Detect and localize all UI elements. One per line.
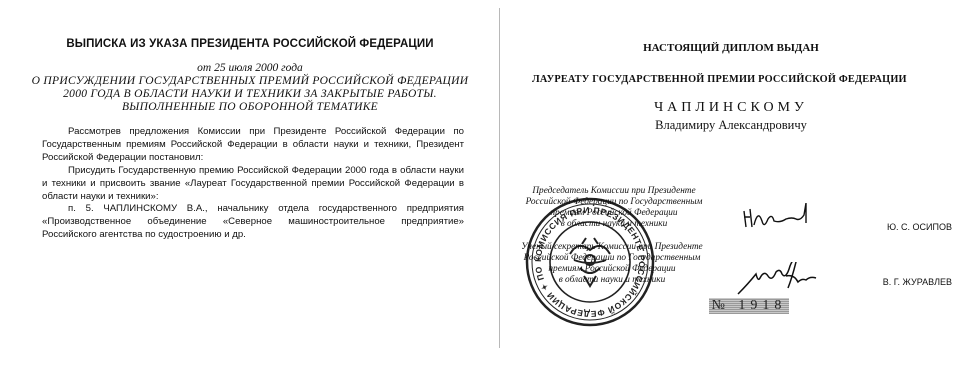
signatory-2-caption: Ученый секретарь Комиссии при Президенте… [512,242,712,286]
decree-subject-line: 2000 ГОДА В ОБЛАСТИ НАУКИ И ТЕХНИКИ ЗА З… [20,88,480,101]
decree-body: Рассмотрев предложения Комиссии при През… [42,125,464,203]
page-fold-divider [499,8,500,348]
decree-subject: О ПРИСУЖДЕНИИ ГОСУДАРСТВЕННЫХ ПРЕМИЙ РОС… [20,75,480,114]
right-page-diploma: НАСТОЯЩИЙ ДИПЛОМ ВЫДАН ЛАУРЕАТУ ГОСУДАРС… [502,0,960,367]
signature-1-icon [740,203,820,233]
decree-paragraph: Присудить Государственную премию Российс… [42,164,464,203]
recipient-surname: ЧАПЛИНСКОМУ [502,100,960,116]
signatory-1-name: Ю. С. ОСИПОВ [842,222,952,232]
decree-title: ВЫПИСКА ИЗ УКАЗА ПРЕЗИДЕНТА РОССИЙСКОЙ Ф… [0,38,500,50]
caption-line: Председатель Комиссии при Президенте [514,186,714,197]
decree-award-item: п. 5. ЧАПЛИНСКОМУ В.А., начальнику отдел… [42,202,464,241]
recipient-given-names: Владимиру Александровичу [502,118,960,133]
diploma-laureate-title: ЛАУРЕАТУ ГОСУДАРСТВЕННОЙ ПРЕМИИ РОССИЙСК… [532,74,960,85]
diploma-issued-heading: НАСТОЯЩИЙ ДИПЛОМ ВЫДАН [502,42,960,54]
caption-line: в области науки и техники [512,275,712,286]
decree-subject-line: ВЫПОЛНЕННЫЕ ПО ОБОРОННОЙ ТЕМАТИКЕ [20,101,480,114]
caption-line: Российской Федерации по Государственным [512,253,712,264]
decree-date: от 25 июля 2000 года [0,62,500,74]
caption-line: Ученый секретарь Комиссии при Президенте [512,242,712,253]
signature-2-icon [734,262,834,298]
caption-line: премиям Российской Федерации [514,208,714,219]
signatory-2-name: В. Г. ЖУРАВЛЕВ [842,277,952,287]
left-page-decree-extract: ВЫПИСКА ИЗ УКАЗА ПРЕЗИДЕНТА РОССИЙСКОЙ Ф… [0,0,500,367]
decree-paragraph: п. 5. ЧАПЛИНСКОМУ В.А., начальнику отдел… [42,202,464,241]
caption-line: Российской Федерации по Государственным [514,197,714,208]
caption-line: в области науки и техники [514,219,714,230]
decree-subject-line: О ПРИСУЖДЕНИИ ГОСУДАРСТВЕННЫХ ПРЕМИЙ РОС… [20,75,480,88]
diploma-number: № 1918 [709,298,789,314]
caption-line: премиям Российской Федерации [512,264,712,275]
signatory-1-caption: Председатель Комиссии при Президенте Рос… [514,186,714,230]
decree-paragraph: Рассмотрев предложения Комиссии при През… [42,125,464,164]
